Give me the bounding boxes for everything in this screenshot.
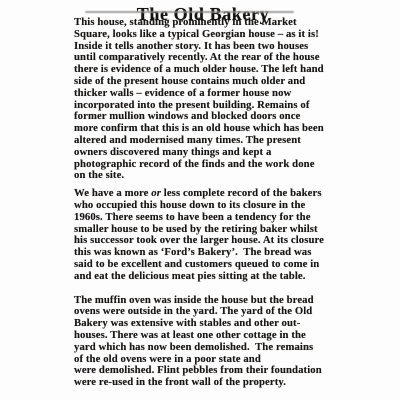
text-segment: or (151, 187, 161, 199)
text-line: altered and modernised many times. The p… (74, 135, 380, 147)
text-line: who occupied this house down to its clos… (74, 200, 380, 212)
text-line: said to be excellent and customers queue… (74, 259, 380, 271)
text-segment: less complete record of the bakers (161, 187, 322, 199)
text-line: on the site. (74, 170, 380, 182)
text-line: yard which has now been demolished. The … (74, 342, 380, 354)
text-line: 1960s. There seems to have been a tenden… (74, 212, 380, 224)
text-line: houses. There was at least one other cot… (74, 330, 380, 342)
text-block: This house, standing prominently in the … (74, 17, 380, 389)
paragraph: This house, standing prominently in the … (74, 17, 380, 182)
document-page: The Old Bakery This house, standing prom… (0, 0, 400, 400)
text-line: side of the present house contains much … (74, 76, 380, 88)
paragraph: We have a more or less complete record o… (74, 188, 380, 282)
text-line: thicker walls – evidence of a former hou… (74, 88, 380, 100)
text-line: were re-used in the front wall of the pr… (74, 377, 380, 389)
text-segment: We have a more (74, 187, 151, 199)
paragraph: The muffin oven was inside the house but… (74, 295, 380, 389)
text-line: and eat the delicious meat pies sitting … (74, 271, 380, 283)
text-line: owners discovered many things and kept a (74, 147, 380, 159)
text-line: Square, looks like a typical Georgian ho… (74, 29, 380, 41)
